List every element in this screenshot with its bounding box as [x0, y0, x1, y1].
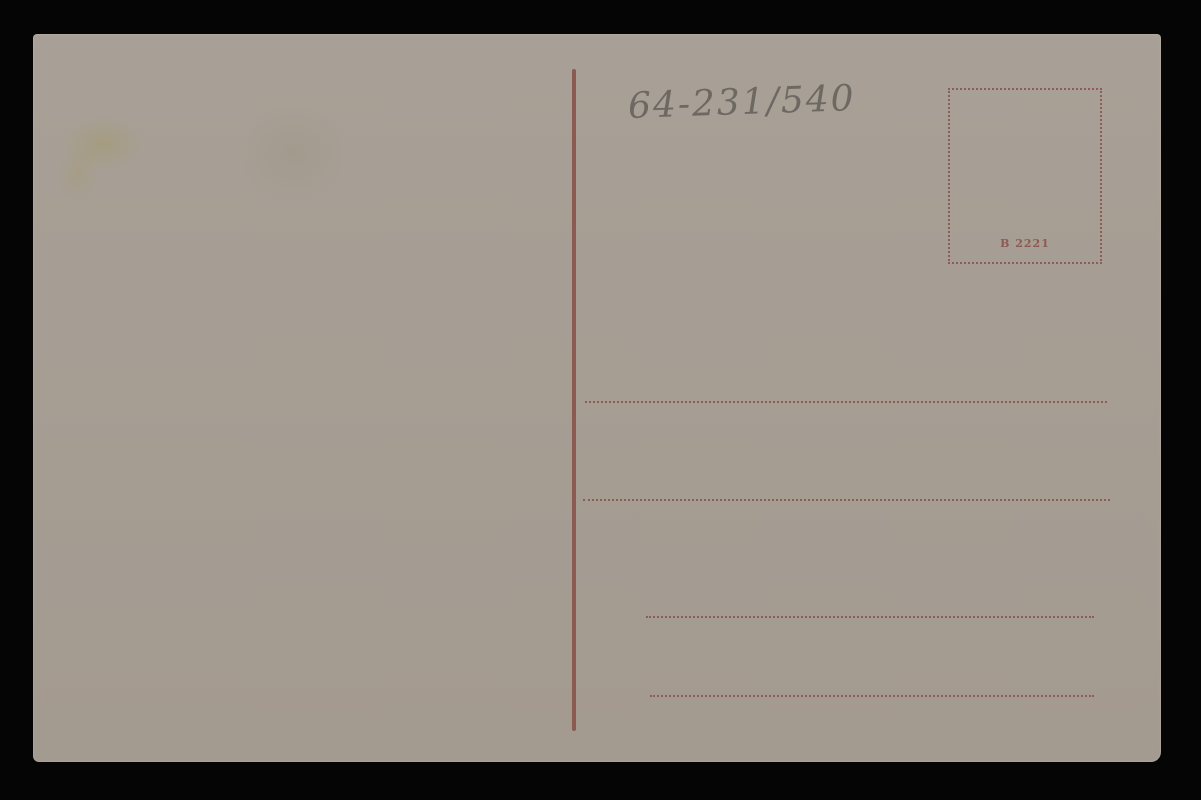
- stamp-placement-box: B 2221: [948, 88, 1102, 264]
- stamp-box-code: B 2221: [950, 237, 1100, 250]
- address-line-3: [646, 616, 1094, 618]
- address-line-2: [583, 499, 1110, 501]
- address-line-4: [650, 695, 1094, 697]
- postcard-back: 64-231/540 B 2221: [33, 34, 1161, 762]
- address-line-1: [585, 401, 1107, 403]
- center-divider-line: [572, 69, 576, 731]
- handwritten-catalog-number: 64-231/540: [627, 78, 856, 127]
